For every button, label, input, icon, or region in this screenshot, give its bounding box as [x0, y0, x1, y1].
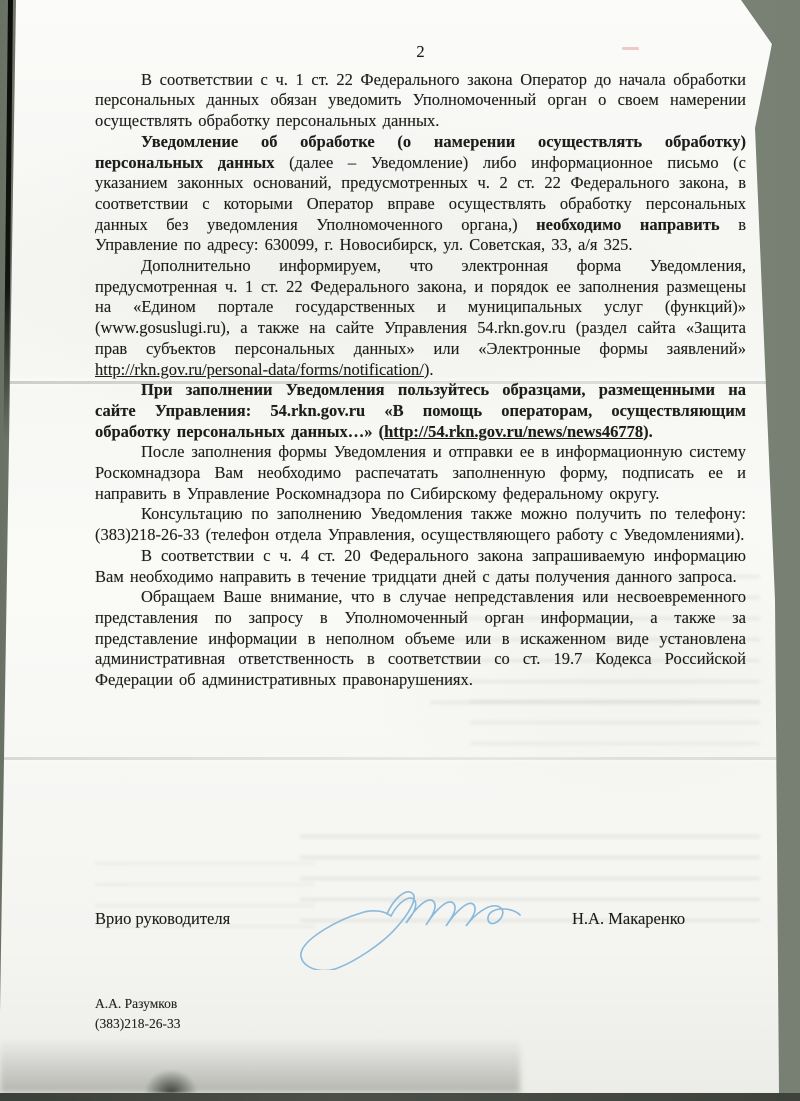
text-run: Обращаем Ваше внимание, что в случае неп…	[95, 587, 746, 689]
text-run: В соответствии с ч. 1 ст. 22 Федеральног…	[95, 70, 746, 130]
handwritten-signature	[292, 868, 527, 970]
scan-bottom-edge	[0, 1093, 800, 1101]
paragraph-notify-obligation: В соответствии с ч. 1 ст. 22 Федеральног…	[95, 70, 746, 132]
page-number: 2	[95, 42, 746, 63]
text-run: Дополнительно информируем, что электронн…	[95, 256, 746, 358]
paragraph-liability: Обращаем Ваше внимание, что в случае неп…	[95, 587, 746, 691]
text-run: В соответствии с ч. 4 ст. 20 Федеральног…	[95, 546, 746, 586]
executor-name: А.А. Разумков	[95, 994, 180, 1014]
paper-crease	[0, 757, 800, 760]
signer-position: Врио руководителя	[95, 909, 230, 929]
text-run: После заполнения формы Уведомления и отп…	[95, 442, 746, 502]
signer-name: Н.А. Макаренко	[572, 909, 750, 929]
text-run: Консультацию по заполнению Уведомления т…	[95, 504, 746, 544]
paragraph-phone-consultation: Консультацию по заполнению Уведомления т…	[95, 504, 746, 545]
paragraph-notification-submission: Уведомление об обработке (о намерении ос…	[95, 132, 746, 256]
news-url: http://54.rkn.gov.ru/news/news46778	[384, 422, 643, 441]
paragraph-electronic-form: Дополнительно информируем, что электронн…	[95, 256, 746, 380]
paragraph-samples: При заполнении Уведомления пользуйтесь о…	[95, 380, 746, 442]
text-run: ).	[424, 360, 434, 379]
bleed-through-artifact	[470, 700, 760, 755]
notification-form-url: http://rkn.gov.ru/personal-data/forms/no…	[95, 360, 424, 379]
letter-body: 2 В соответствии с ч. 1 ст. 22 Федеральн…	[95, 42, 746, 691]
handwritten-signature-path	[301, 892, 520, 970]
bold-run: ).	[643, 422, 653, 441]
page-bottom-shadow	[0, 1038, 520, 1093]
paragraph-thirty-days: В соответствии с ч. 4 ст. 20 Федеральног…	[95, 546, 746, 587]
bold-run: необходимо направить	[536, 215, 720, 234]
scanned-letter-page: 2 В соответствии с ч. 1 ст. 22 Федеральн…	[0, 0, 800, 1101]
executor-block: А.А. Разумков (383)218-26-33	[95, 994, 180, 1034]
executor-phone: (383)218-26-33	[95, 1014, 180, 1034]
paragraph-print-and-send: После заполнения формы Уведомления и отп…	[95, 442, 746, 504]
page-bottom-fold-smudge	[145, 1070, 197, 1093]
letter-paper: 2 В соответствии с ч. 1 ст. 22 Федеральн…	[0, 0, 800, 1101]
